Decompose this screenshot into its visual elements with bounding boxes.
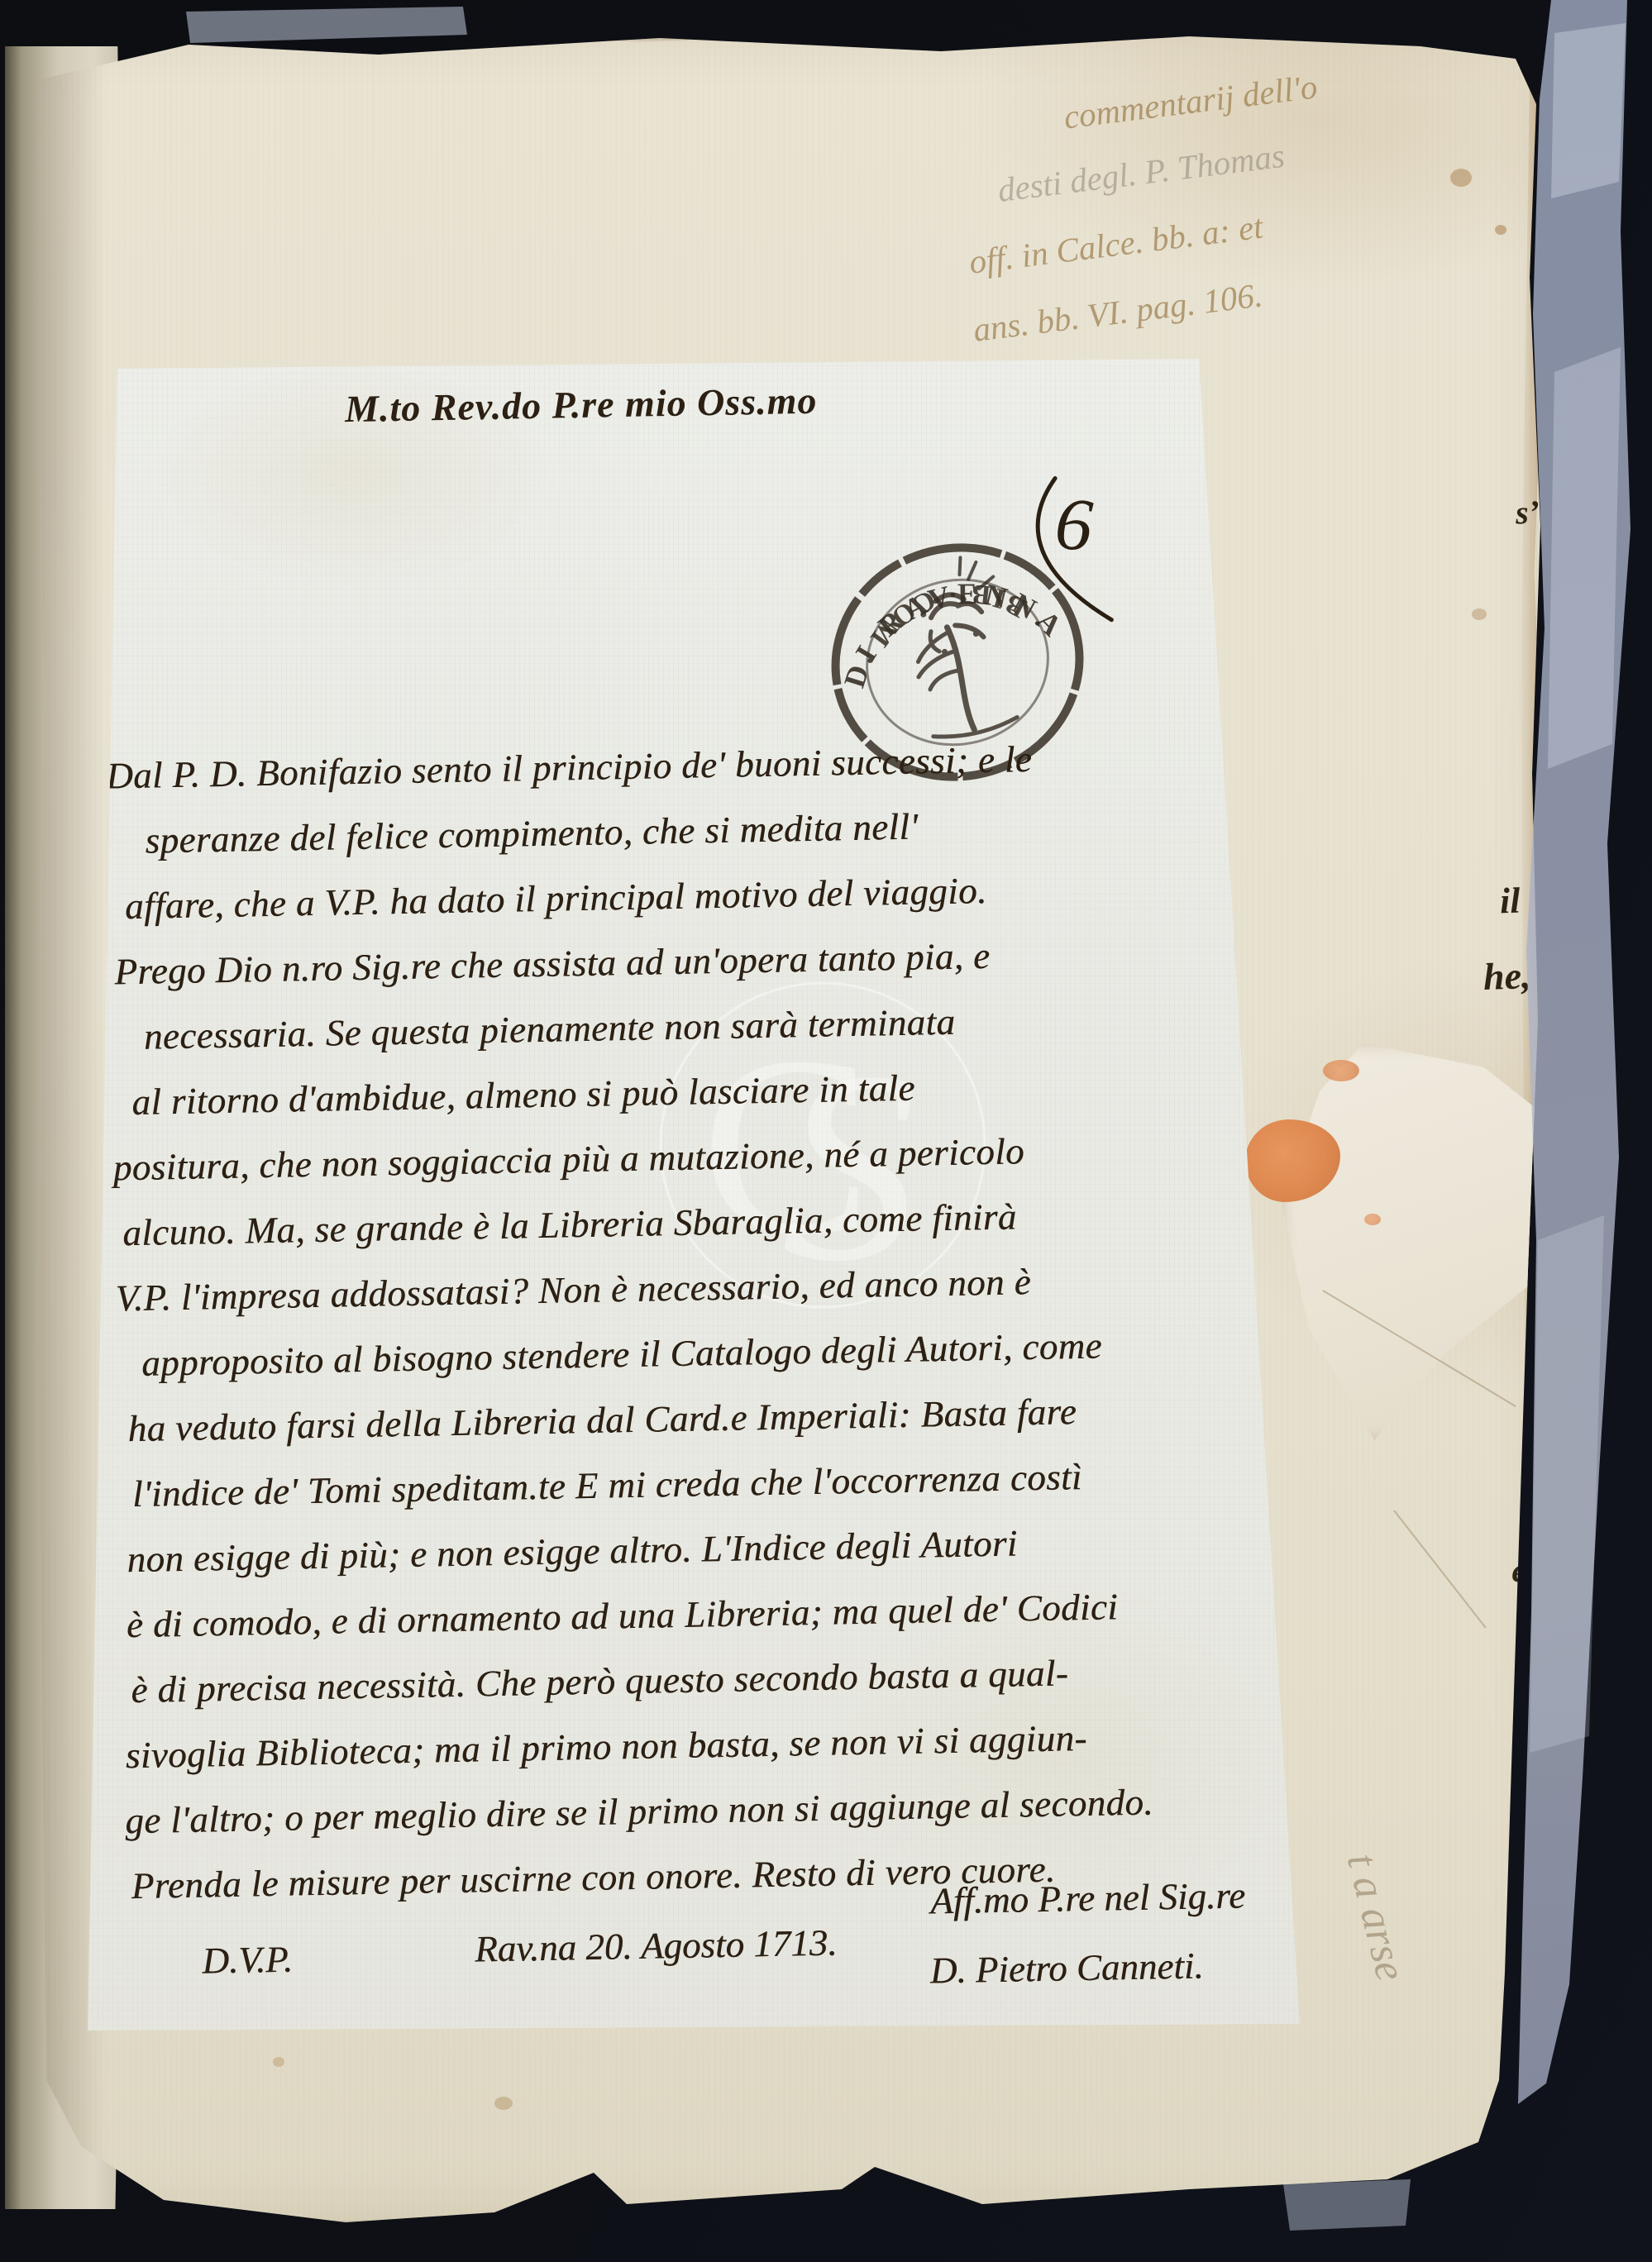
underpage-ink-fragment: il: [1499, 880, 1521, 923]
wax-spot-small: [1364, 1214, 1381, 1225]
archival-photograph: de libri a fatt inutil mo s earum commen…: [0, 0, 1652, 2262]
torn-top-edge: [31, 30, 1548, 43]
foxing-spot: [1450, 169, 1472, 187]
handwriting-layer: M.to Rev.do P.re mio Oss.mo Dal P. D. Bo…: [75, 333, 1330, 2042]
underpage-ink-fragment: e: [1511, 1551, 1526, 1591]
valediction: Aff.mo P.re nel Sig.re: [930, 1873, 1246, 1922]
wax-spot-small: [1323, 1060, 1359, 1081]
foxing-spot: [1472, 608, 1487, 620]
faded-note-line: commentarij dell'o: [1062, 66, 1320, 136]
underpage-ink-fragment: s’: [1515, 493, 1540, 532]
faded-ink-annotation: commentarij dell'o desti degl. P. Thomas…: [938, 31, 1565, 399]
underpage-ink-fragment: he,: [1483, 953, 1531, 999]
letter-sheet: 6 DI RAVENNA · BIB · COM ·: [83, 354, 1306, 2040]
foxing-spot: [1495, 225, 1506, 235]
dateline: Rav.na 20. Agosto 1713.: [475, 1921, 838, 1971]
torn-paper-flap: [1282, 1043, 1554, 1440]
foxing-spot: [494, 2097, 513, 2110]
foxing-spot: [273, 2057, 284, 2067]
letter-body: Dal P. D. Bonifazio sento il principio d…: [105, 722, 1301, 1919]
faded-note-line: off. in Calce. bb. a: et: [967, 207, 1265, 282]
paper-crease: [1393, 1510, 1486, 1628]
signature: D. Pietro Canneti.: [929, 1944, 1204, 1992]
bleedthrough-mark: t a arse: [1337, 1849, 1416, 1986]
faded-note-line: desti degl. P. Thomas: [995, 136, 1287, 210]
recipient-abbreviation: D.V.P.: [202, 1938, 294, 1983]
faded-note-line: ans. bb. VI. pag. 106.: [971, 274, 1264, 350]
salutation: M.to Rev.do P.re mio Oss.mo: [345, 379, 818, 431]
